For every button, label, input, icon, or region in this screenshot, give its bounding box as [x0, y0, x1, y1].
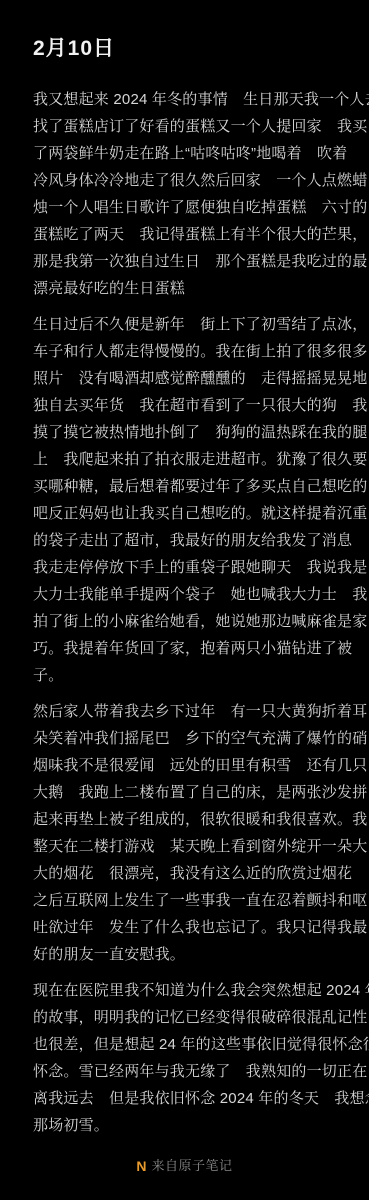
- text-line: 找了蛋糕店订了好看的蛋糕又一个人提回家 我买: [33, 113, 336, 140]
- text-line: 之后互联网上发生了一些事我一直在忍着颤抖和呕: [33, 887, 336, 914]
- text-line: 巧。我提着年货回了家，抱着两只小猫钻进了被: [33, 635, 336, 662]
- text-line: 冷风身体冷冷地走了很久然后回家 一个人点燃蜡: [33, 167, 336, 194]
- text-line: 的故事，明明我的记忆已经变得很破碎很混乱记性: [33, 1004, 336, 1031]
- paragraph: 现在在医院里我不知道为什么我会突然想起 2024 年的故事，明明我的记忆已经变得…: [33, 977, 336, 1139]
- text-line: 我又想起来 2024 年冬的事情 生日那天我一个人去: [33, 86, 336, 113]
- text-line: 的袋子走出了超市，我最好的朋友给我发了消息: [33, 527, 336, 554]
- paragraph: 我又想起来 2024 年冬的事情 生日那天我一个人去找了蛋糕店订了好看的蛋糕又一…: [33, 86, 336, 302]
- text-line: 独自去买年货 我在超市看到了一只很大的狗 我: [33, 392, 336, 419]
- paragraph: 然后家人带着我去乡下过年 有一只大黄狗折着耳朵笑着冲我们摇尾巴 乡下的空气充满了…: [33, 698, 336, 968]
- text-line: 买哪种糖，最后想着都要过年了多买点自己想吃的: [33, 473, 336, 500]
- text-line: 照片 没有喝酒却感觉醉醺醺的 走得摇摇晃晃地: [33, 365, 336, 392]
- text-line: 摸了摸它被热情地扑倒了 狗狗的温热踩在我的腿: [33, 419, 336, 446]
- atomic-notes-logo-icon: N: [136, 1159, 146, 1173]
- text-line: 怀念。雪已经两年与我无缘了 我熟知的一切正在: [33, 1058, 336, 1085]
- text-line: 然后家人带着我去乡下过年 有一只大黄狗折着耳: [33, 698, 336, 725]
- text-line: 我走走停停放下手上的重袋子跟她聊天 我说我是: [33, 554, 336, 581]
- text-line: 吧反正妈妈也让我买自己想吃的。就这样提着沉重: [33, 500, 336, 527]
- text-line: 大鹅 我跑上二楼布置了自己的床，是两张沙发拼: [33, 779, 336, 806]
- text-line: 好的朋友一直安慰我。: [33, 941, 336, 968]
- text-line: 车子和行人都走得慢慢的。我在街上拍了很多很多: [33, 338, 336, 365]
- text-line: 生日过后不久便是新年 街上下了初雪结了点冰，: [33, 311, 336, 338]
- text-line: 也很差，但是想起 24 年的这些事依旧觉得很怀念很: [33, 1031, 336, 1058]
- text-line: 烟味我不是很爱闻 远处的田里有积雪 还有几只: [33, 752, 336, 779]
- text-line: 整天在二楼打游戏 某天晚上看到窗外绽开一朵大: [33, 833, 336, 860]
- text-line: 吐欲过年 发生了什么我也忘记了。我只记得我最: [33, 914, 336, 941]
- text-line: 离我远去 但是我依旧怀念 2024 年的冬天 我想念: [33, 1085, 336, 1112]
- text-line: 漂亮最好吃的生日蛋糕: [33, 275, 336, 302]
- note-body: 我又想起来 2024 年冬的事情 生日那天我一个人去找了蛋糕店订了好看的蛋糕又一…: [33, 86, 336, 1139]
- text-line: 大力士我能单手提两个袋子 她也喊我大力士 我: [33, 581, 336, 608]
- text-line: 拍了街上的小麻雀给她看，她说她那边喊麻雀是家: [33, 608, 336, 635]
- text-line: 了两袋鲜牛奶走在路上“咕咚咕咚”地喝着 吹着: [33, 140, 336, 167]
- note-card: 2月10日 我又想起来 2024 年冬的事情 生日那天我一个人去找了蛋糕店订了好…: [0, 0, 369, 1200]
- note-title: 2月10日: [33, 36, 336, 62]
- text-line: 上 我爬起来拍了拍衣服走进超市。犹豫了很久要: [33, 446, 336, 473]
- text-line: 那是我第一次独自过生日 那个蛋糕是我吃过的最: [33, 248, 336, 275]
- text-line: 朵笑着冲我们摇尾巴 乡下的空气充满了爆竹的硝: [33, 725, 336, 752]
- footer-attribution: N 来自原子笔记: [0, 1156, 369, 1176]
- text-line: 蛋糕吃了两天 我记得蛋糕上有半个很大的芒果，: [33, 221, 336, 248]
- text-line: 现在在医院里我不知道为什么我会突然想起 2024 年: [33, 977, 336, 1004]
- text-line: 大的烟花 很漂亮，我没有这么近的欣赏过烟花: [33, 860, 336, 887]
- text-line: 起来再垫上被子组成的，很软很暖和我很喜欢。我: [33, 806, 336, 833]
- text-line: 子。: [33, 662, 336, 689]
- text-line: 那场初雪。: [33, 1112, 336, 1139]
- paragraph: 生日过后不久便是新年 街上下了初雪结了点冰，车子和行人都走得慢慢的。我在街上拍了…: [33, 311, 336, 689]
- text-line: 烛一个人唱生日歌许了愿便独自吃掉蛋糕 六寸的: [33, 194, 336, 221]
- footer-attribution-label: 来自原子笔记: [152, 1158, 233, 1174]
